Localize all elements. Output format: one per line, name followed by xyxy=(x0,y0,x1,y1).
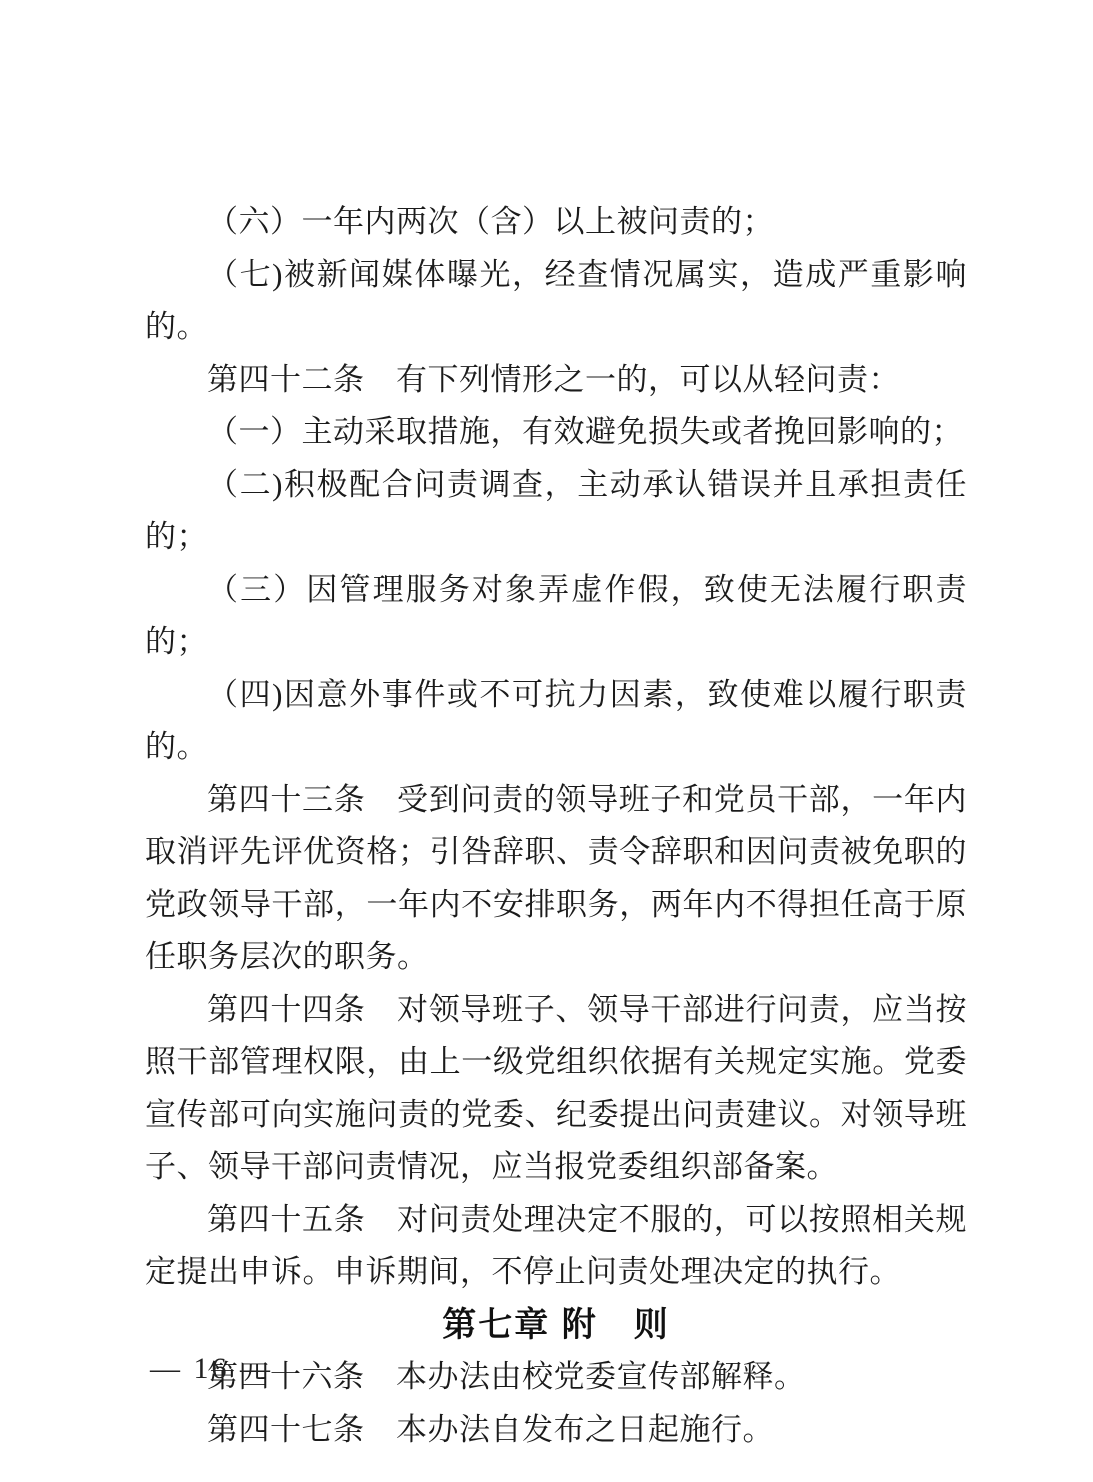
clause-item-3: （三）因管理服务对象弄虚作假，致使无法履行职责的； xyxy=(145,564,967,669)
article-43: 第四十三条 受到问责的领导班子和党员干部，一年内取消评先评优资格；引咎辞职、责令… xyxy=(145,774,967,984)
article-47: 第四十七条 本办法自发布之日起施行。 xyxy=(145,1404,967,1457)
article-45: 第四十五条 对问责处理决定不服的，可以按照相关规定提出申诉。申诉期间，不停止问责… xyxy=(145,1194,967,1299)
article-42: 第四十二条 有下列情形之一的，可以从轻问责： xyxy=(145,354,967,407)
clause-item-2: （二)积极配合问责调查，主动承认错误并且承担责任的； xyxy=(145,459,967,564)
chapter-heading: 第七章 附 则 xyxy=(145,1299,967,1352)
article-44: 第四十四条 对领导班子、领导干部进行问责，应当按照干部管理权限，由上一级党组织依… xyxy=(145,984,967,1194)
clause-item-7: （七)被新闻媒体曝光，经查情况属实，造成严重影响的。 xyxy=(145,249,967,354)
clause-item-6: （六）一年内两次（含）以上被问责的； xyxy=(145,196,967,249)
clause-item-1: （一）主动采取措施，有效避免损失或者挽回影响的； xyxy=(145,406,967,459)
page-number: — 16 — xyxy=(150,1352,273,1386)
document-body: （六）一年内两次（含）以上被问责的； （七)被新闻媒体曝光，经查情况属实，造成严… xyxy=(145,196,967,1456)
document-page: （六）一年内两次（含）以上被问责的； （七)被新闻媒体曝光，经查情况属实，造成严… xyxy=(0,0,1093,1482)
clause-item-4: （四)因意外事件或不可抗力因素，致使难以履行职责的。 xyxy=(145,669,967,774)
